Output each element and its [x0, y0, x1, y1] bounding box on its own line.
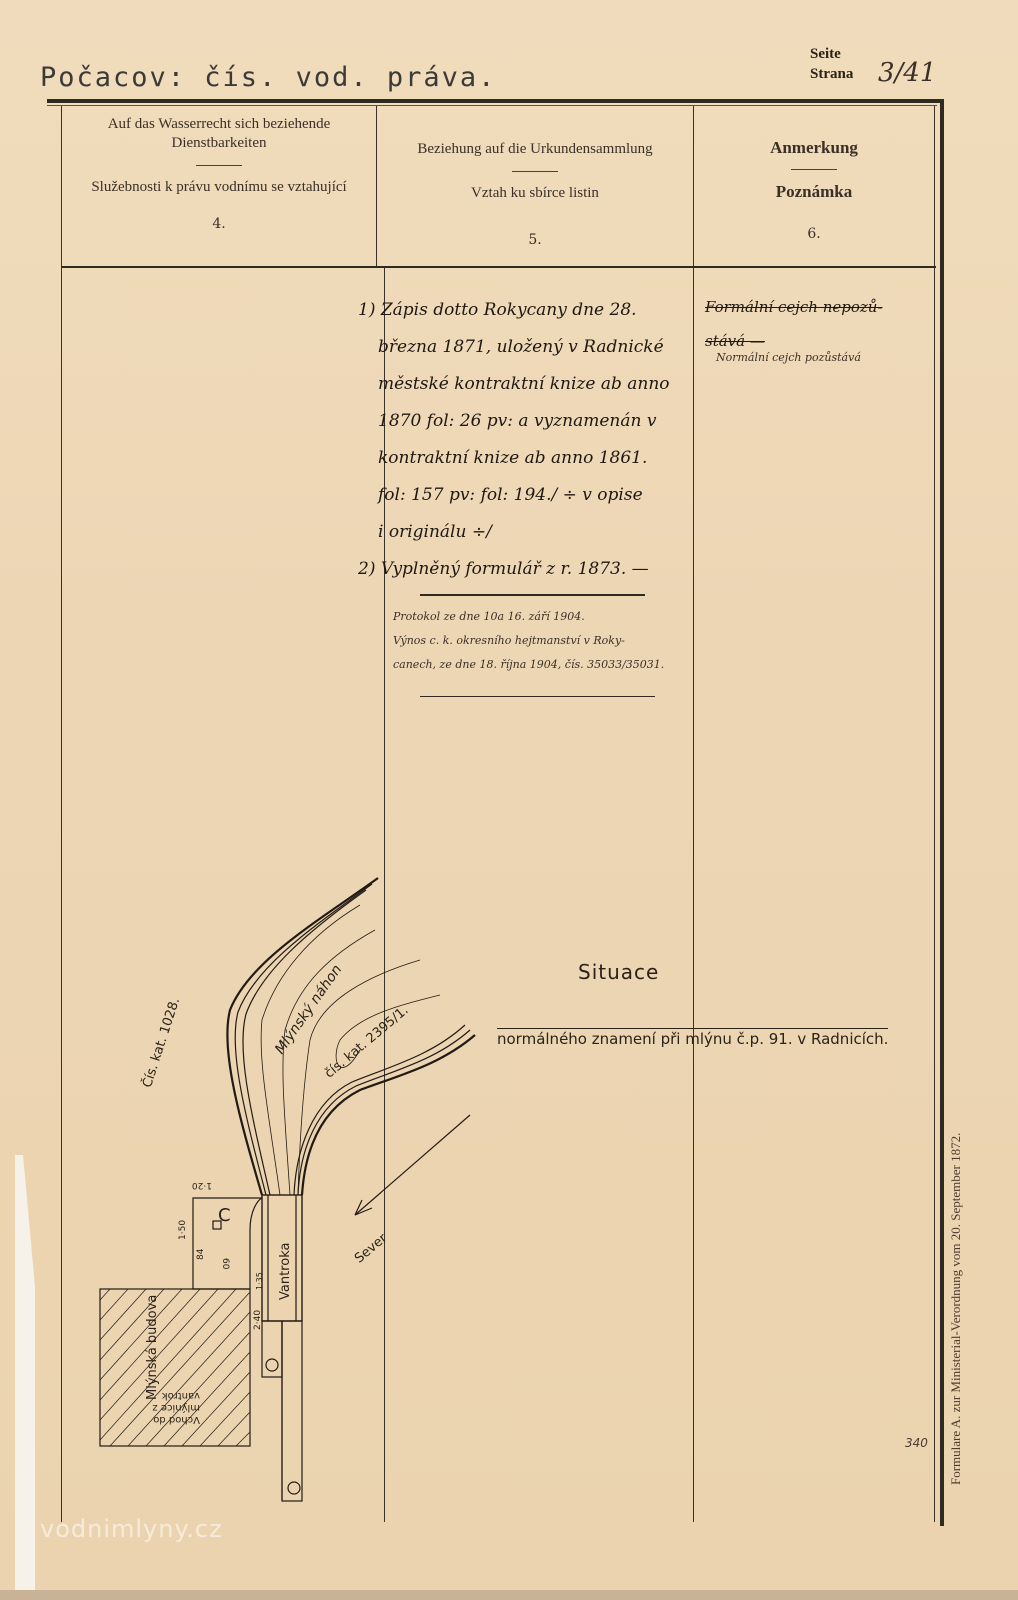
dimension-240: 2·40	[253, 1310, 263, 1330]
dimension-135: 1·35	[255, 1272, 264, 1290]
watermark: vodnimlyny.cz	[40, 1515, 223, 1543]
drawing-subtitle: normálného znamení při mlýnu č.p. 91. v …	[497, 1028, 888, 1048]
dimension-150: 1·50	[178, 1220, 188, 1240]
drawing-title: Situace	[578, 960, 659, 984]
entrance-label: Vchod do mlýnice z vantrok	[145, 1389, 200, 1425]
pencil-page-number: 340	[905, 1436, 928, 1450]
mill-building-label: Mlýnská budova	[145, 1295, 160, 1400]
dimension-60: 60	[220, 1258, 230, 1269]
benchmark-label: C	[218, 1205, 231, 1226]
dimension-120: 1·20	[192, 1180, 212, 1190]
form-print-note: Formulare A. zur Ministerial-Verordnung …	[948, 1133, 964, 1485]
dimension-84: 84	[196, 1249, 206, 1260]
flume-label: Vantroka	[278, 1243, 293, 1300]
